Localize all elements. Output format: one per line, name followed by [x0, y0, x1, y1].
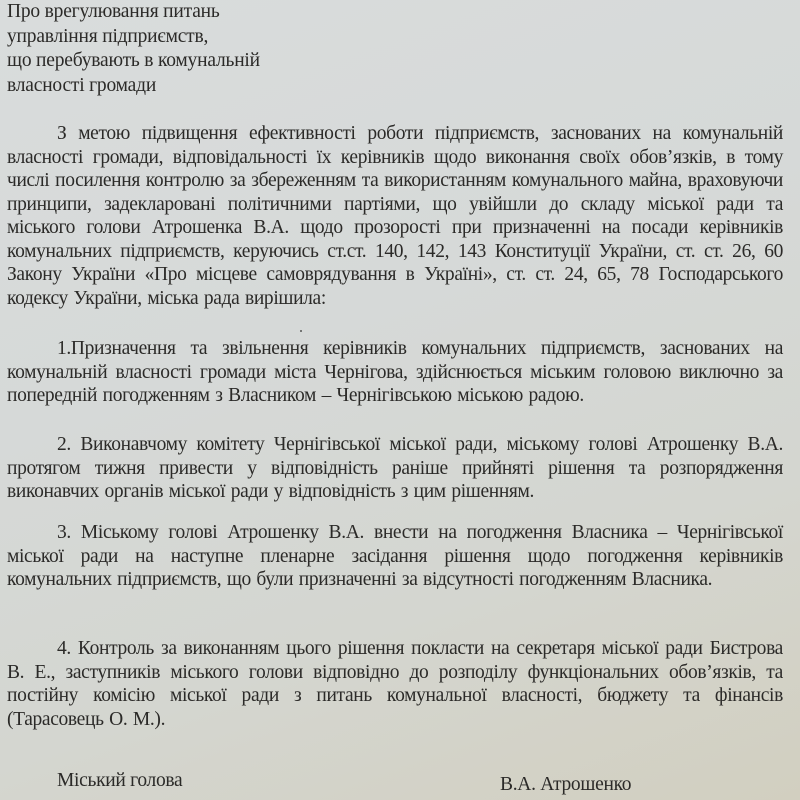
- title-line: Про врегулювання питань: [7, 0, 260, 25]
- decision-item-text: 3. Міському голові Атрошенку В.А. внести…: [7, 522, 783, 590]
- preamble-paragraph: З метою підвищення ефективності роботи п…: [7, 122, 783, 310]
- title-line: управління підприємств,: [7, 25, 260, 50]
- decision-item-3: 3. Міському голові Атрошенку В.А. внести…: [7, 521, 783, 592]
- signature-role: Міський голова: [57, 770, 182, 792]
- decision-item-text: 4. Контроль за виконанням цього рішення …: [7, 638, 783, 730]
- decision-item-2: 2. Виконавчому комітету Чернігівської мі…: [7, 433, 783, 504]
- preamble-text: З метою підвищення ефективності роботи п…: [7, 123, 783, 309]
- paper-speck: [300, 330, 302, 332]
- decision-item-text: 2. Виконавчому комітету Чернігівської мі…: [7, 434, 783, 502]
- document-page: Про врегулювання питань управління підпр…: [0, 0, 800, 800]
- decision-item-4: 4. Контроль за виконанням цього рішення …: [7, 637, 783, 731]
- decision-item-text: 1.Призначення та звільнення керівників к…: [7, 338, 783, 406]
- title-line: що перебувають в комунальній: [7, 49, 260, 74]
- decision-item-1: 1.Призначення та звільнення керівників к…: [7, 337, 783, 408]
- signature-name: В.А. Атрошенко: [500, 774, 631, 796]
- document-title: Про врегулювання питань управління підпр…: [7, 0, 260, 98]
- title-line: власності громади: [7, 74, 260, 99]
